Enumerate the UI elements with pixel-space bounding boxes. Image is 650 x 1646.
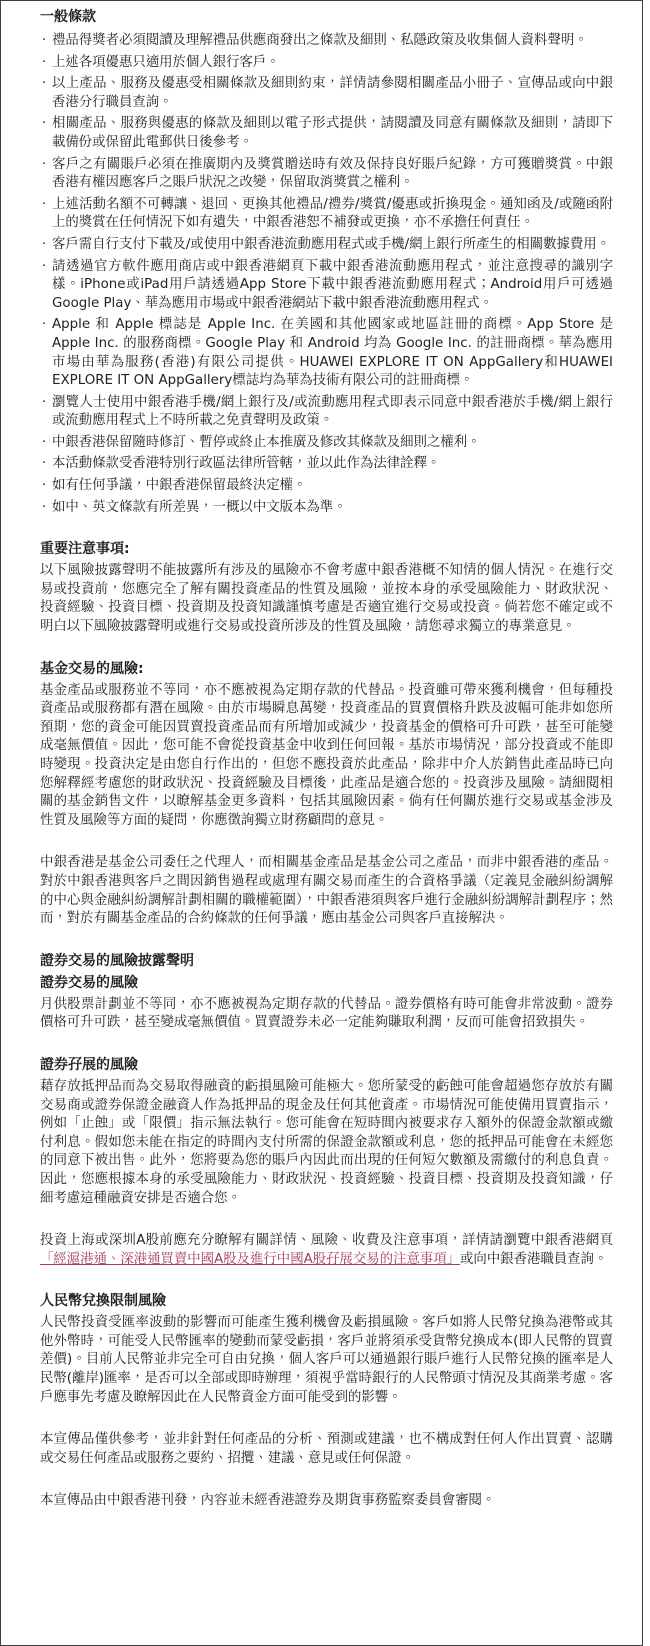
list-item-text: 客戶之有關賬戶必須在推廣期內及獎賞贈送時有效及保持良好賬戶紀錄，方可獲贈獎賞。中… xyxy=(52,157,613,191)
list-item: ·瀏覽人士使用中銀香港手機/網上銀行及/或流動應用程式即表示同意中銀香港於手機/… xyxy=(40,394,613,431)
list-item: ·客戶需自行支付下載及/或使用中銀香港流動應用程式或手機/網上銀行所產生的相關數… xyxy=(40,236,613,255)
margin-risk-paragraph-2-text-before: 投資上海或深圳A股前應充分瞭解有關詳情、風險、收費及注意事項，詳情請瀏覽中銀香港… xyxy=(40,1233,613,1248)
disclaimer-paragraph-1: 本宣傳品僅供參考，並非針對任何產品的分析、預測或建議，也不構成對任何人作出買賣、… xyxy=(40,1431,613,1468)
bullet-dot: · xyxy=(42,196,46,215)
list-item: ·如有任何爭議，中銀香港保留最終決定權。 xyxy=(40,477,613,496)
list-item-text: 上述活動名額不可轉讓、退回、更換其他禮品/禮券/獎賞/優惠或折換現金。通知函及/… xyxy=(52,197,613,231)
rmb-risk-paragraph: 人民幣投資受匯率波動的影響而可能產生獲利機會及虧損風險。客戶如將人民幣兌換為港幣… xyxy=(40,1314,613,1407)
list-item: ·上述活動名額不可轉讓、退回、更換其他禮品/禮券/獎賞/優惠或折換現金。通知函及… xyxy=(40,196,613,233)
securities-risk-paragraph: 月供股票計劃並不等同，亦不應被視為定期存款的代替品。證券價格有時可能會非常波動。… xyxy=(40,996,613,1033)
margin-risk-paragraph-2: 投資上海或深圳A股前應充分瞭解有關詳情、風險、收費及注意事項，詳情請瀏覽中銀香港… xyxy=(40,1232,613,1269)
section-title-margin-risk: 證券孖展的風險 xyxy=(40,1056,613,1075)
section-subtitle-securities-risk: 證券交易的風險 xyxy=(40,974,613,993)
bullet-dot: · xyxy=(42,477,46,496)
list-item: ·請透過官方軟件應用商店或中銀香港網頁下載中銀香港流動應用程式，並注意搜尋的識別… xyxy=(40,258,613,314)
list-item: ·上述各項優惠只適用於個人銀行客戶。 xyxy=(40,54,613,73)
list-item-text: 本活動條款受香港特別行政區法律所管轄，並以此作為法律詮釋。 xyxy=(52,456,440,471)
section-title-securities-disclosure: 證券交易的風險披露聲明 xyxy=(40,952,613,971)
margin-risk-paragraph-2-text-after: 或向中銀香港職員查詢。 xyxy=(460,1252,607,1267)
list-item-text: 瀏覽人士使用中銀香港手機/網上銀行及/或流動應用程式即表示同意中銀香港於手機/網… xyxy=(52,395,613,429)
list-item-text: 客戶需自行支付下載及/或使用中銀香港流動應用程式或手機/網上銀行所產生的相關數據… xyxy=(52,237,610,252)
list-item: ·中銀香港保留隨時修訂、暫停或終止本推廣及修改其條款及細則之權利。 xyxy=(40,434,613,453)
important-notes-paragraph: 以下風險披露聲明不能披露所有涉及的風險亦不會考慮中銀香港概不知情的個人情況。在進… xyxy=(40,562,613,636)
bullet-dot: · xyxy=(42,499,46,518)
list-item-text: 請透過官方軟件應用商店或中銀香港網頁下載中銀香港流動應用程式，並注意搜尋的識別字… xyxy=(52,259,613,311)
bullet-dot: · xyxy=(42,236,46,255)
list-item-text: 禮品得獎者必須閱讀及理解禮品供應商發出之條款及細則、私隱政策及收集個人資料聲明。 xyxy=(52,33,588,48)
list-item: ·禮品得獎者必須閱讀及理解禮品供應商發出之條款及細則、私隱政策及收集個人資料聲明… xyxy=(40,32,613,51)
bullet-dot: · xyxy=(42,75,46,94)
fund-risk-paragraph-1: 基金產品或服務並不等同，亦不應被視為定期存款的代替品。投資雖可帶來獲利機會，但每… xyxy=(40,682,613,831)
list-item: ·相關產品、服務與優惠的條款及細則以電子形式提供，請閱讀及同意有關條款及細則，請… xyxy=(40,115,613,152)
section-title-fund-risk: 基金交易的風險: xyxy=(40,660,613,679)
list-item-text: 如中、英文條款有所差異，一概以中文版本為準。 xyxy=(52,500,347,515)
general-terms-list: ·禮品得獎者必須閱讀及理解禮品供應商發出之條款及細則、私隱政策及收集個人資料聲明… xyxy=(40,32,613,517)
list-item: ·本活動條款受香港特別行政區法律所管轄，並以此作為法律詮釋。 xyxy=(40,455,613,474)
list-item: ·以上產品、服務及優惠受相關條款及細則約束，詳情請參閱相關產品小冊子、宣傳品或向… xyxy=(40,75,613,112)
bullet-dot: · xyxy=(42,455,46,474)
list-item-text: Apple 和 Apple 標誌是 Apple Inc. 在美國和其他國家或地區… xyxy=(52,317,613,388)
terms-and-risk-disclosure-document: 一般條款 ·禮品得獎者必須閱讀及理解禮品供應商發出之條款及細則、私隱政策及收集個… xyxy=(0,0,643,1646)
bullet-dot: · xyxy=(42,32,46,51)
list-item-text: 相關產品、服務與優惠的條款及細則以電子形式提供，請閱讀及同意有關條款及細則，請即… xyxy=(52,116,613,150)
list-item-text: 上述各項優惠只適用於個人銀行客戶。 xyxy=(52,55,280,70)
bullet-dot: · xyxy=(42,54,46,73)
list-item: ·如中、英文條款有所差異，一概以中文版本為準。 xyxy=(40,499,613,518)
section-title-rmb-risk: 人民幣兌換限制風險 xyxy=(40,1292,613,1311)
bullet-dot: · xyxy=(42,258,46,277)
margin-risk-paragraph-1: 藉存放抵押品而為交易取得融資的虧損風險可能極大。您所蒙受的虧蝕可能會超過您存放於… xyxy=(40,1078,613,1208)
bullet-dot: · xyxy=(42,156,46,175)
list-item-text: 如有任何爭議，中銀香港保留最終決定權。 xyxy=(52,478,306,493)
section-title-general-terms: 一般條款 xyxy=(40,8,613,27)
list-item: ·Apple 和 Apple 標誌是 Apple Inc. 在美國和其他國家或地… xyxy=(40,316,613,390)
bullet-dot: · xyxy=(42,434,46,453)
disclaimer-paragraph-2: 本宣傳品由中銀香港刊發，內容並未經香港證券及期貨事務監察委員會審閱。 xyxy=(40,1492,613,1511)
list-item-text: 中銀香港保留隨時修訂、暫停或終止本推廣及修改其條款及細則之權利。 xyxy=(52,435,481,450)
fund-risk-paragraph-2: 中銀香港是基金公司委任之代理人，而相關基金產品是基金公司之產品，而非中銀香港的產… xyxy=(40,854,613,928)
list-item-text: 以上產品、服務及優惠受相關條款及細則約束，詳情請參閱相關產品小冊子、宣傳品或向中… xyxy=(52,76,613,110)
list-item: ·客戶之有關賬戶必須在推廣期內及獎賞贈送時有效及保持良好賬戶紀錄，方可獲贈獎賞。… xyxy=(40,156,613,193)
section-title-important-notes: 重要注意事項: xyxy=(40,540,613,559)
a-share-notice-link[interactable]: 「經滬港通、深港通買賣中國A股及進行中國A股孖展交易的注意事項」 xyxy=(40,1252,460,1267)
bullet-dot: · xyxy=(42,316,46,335)
bullet-dot: · xyxy=(42,115,46,134)
bullet-dot: · xyxy=(42,394,46,413)
